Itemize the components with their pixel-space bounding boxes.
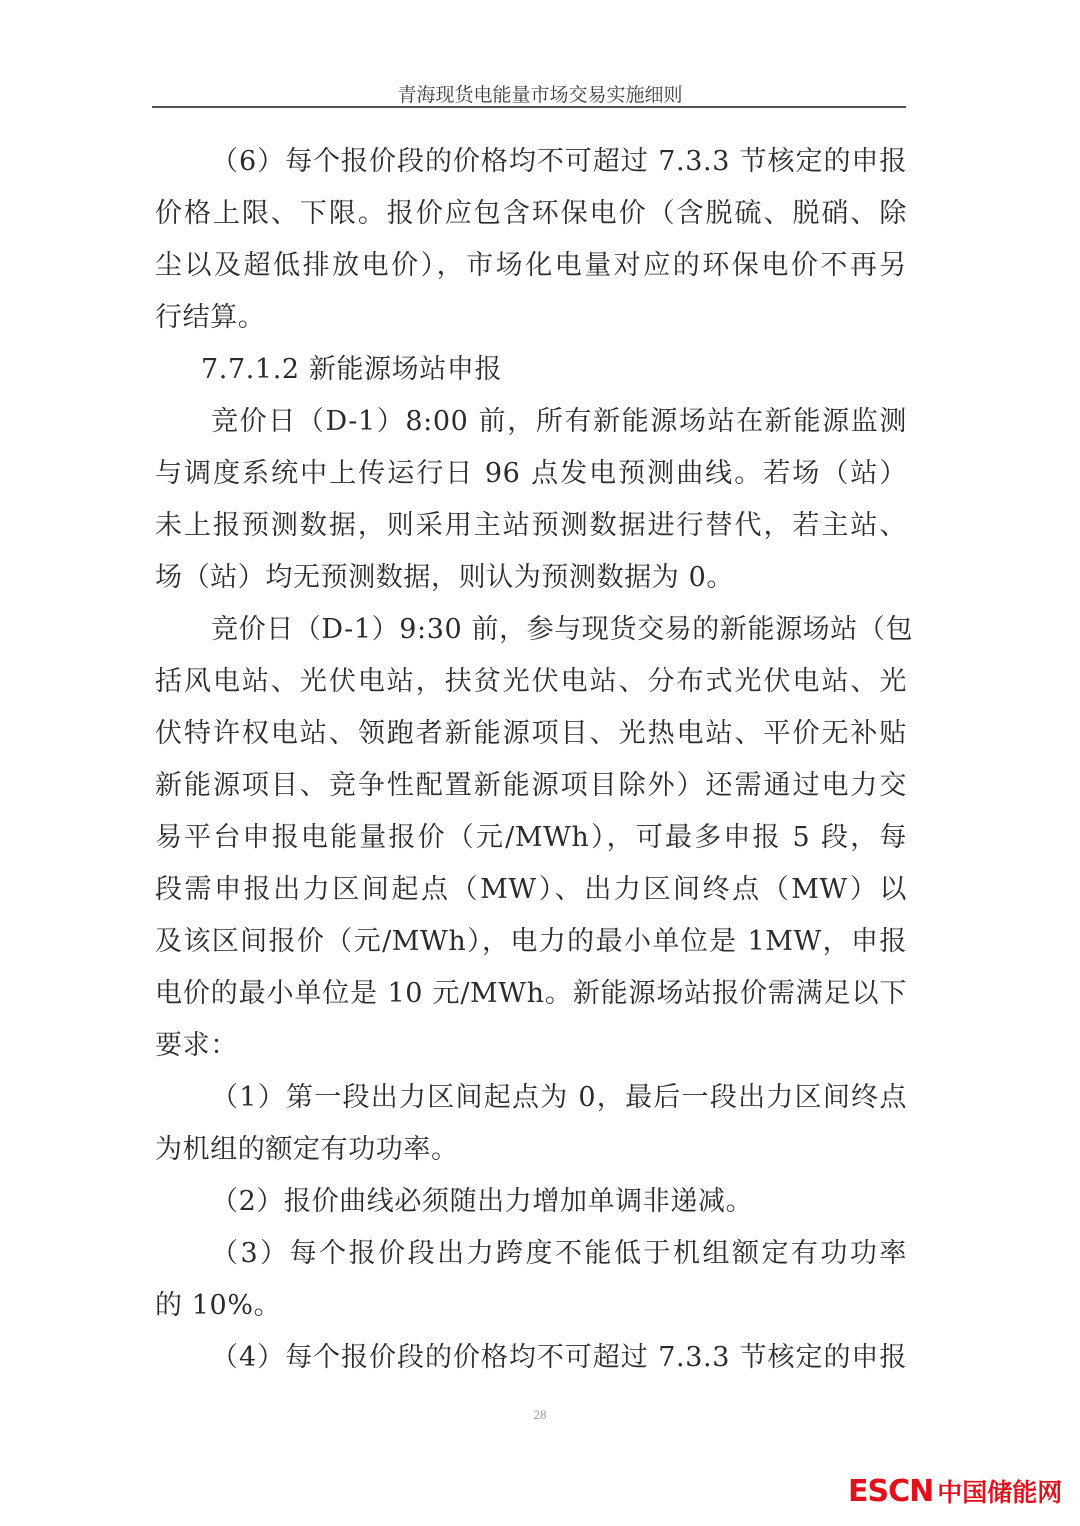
paragraph-line: 易平台申报电能量报价（元/MWh），可最多申报 5 段，每 [155,812,907,864]
list-item: （4）每个报价段的价格均不可超过 7.3.3 节核定的申报 [155,1332,907,1384]
header-divider [152,106,906,108]
paragraph-line: 伏特许权电站、领跑者新能源项目、光热电站、平价无补贴 [155,708,907,760]
watermark-cn: 中国储能网 [937,1473,1062,1509]
paragraph-line: 尘以及超低排放电价），市场化电量对应的环保电价不再另 [155,240,907,292]
paragraph-line: 未上报预测数据，则采用主站预测数据进行替代，若主站、 [155,500,907,552]
list-item: （1）第一段出力区间起点为 0，最后一段出力区间终点 [155,1072,907,1124]
paragraph-line: 竞价日（D-1）9:30 前，参与现货交易的新能源场站（包 [155,604,907,656]
list-item: （2）报价曲线必须随出力增加单调非递减。 [155,1176,907,1228]
paragraph-line: 新能源项目、竞争性配置新能源项目除外）还需通过电力交 [155,760,907,812]
list-item-continuation: 的 10%。 [155,1280,907,1332]
page-header-title: 青海现货电能量市场交易实施细则 [0,80,1080,107]
list-item-continuation: 为机组的额定有功功率。 [155,1124,907,1176]
paragraph-line: 场（站）均无预测数据，则认为预测数据为 0。 [155,552,907,604]
paragraph-line: （6）每个报价段的价格均不可超过 7.3.3 节核定的申报 [155,136,907,188]
paragraph-line: 要求： [155,1020,907,1072]
document-body: （6）每个报价段的价格均不可超过 7.3.3 节核定的申报 价格上限、下限。报价… [155,136,907,1384]
paragraph-line: 电价的最小单位是 10 元/MWh。新能源场站报价需满足以下 [155,968,907,1020]
escn-watermark-logo: ESCN 中国储能网 [848,1473,1062,1509]
page-number: 28 [0,1407,1080,1423]
paragraph-line: 括风电站、光伏电站，扶贫光伏电站、分布式光伏电站、光 [155,656,907,708]
paragraph-line: 行结算。 [155,292,907,344]
watermark-en: ESCN [848,1474,933,1509]
scan-artifact [512,1345,514,1347]
paragraph-line: 竞价日（D-1）8:00 前，所有新能源场站在新能源监测 [155,396,907,448]
paragraph-line: 段需申报出力区间起点（MW）、出力区间终点（MW）以 [155,864,907,916]
paragraph-line: 价格上限、下限。报价应包含环保电价（含脱硫、脱硝、除 [155,188,907,240]
list-item: （3）每个报价段出力跨度不能低于机组额定有功功率 [155,1228,907,1280]
section-heading: 7.7.1.2 新能源场站申报 [155,344,907,396]
paragraph-line: 与调度系统中上传运行日 96 点发电预测曲线。若场（站） [155,448,907,500]
paragraph-line: 及该区间报价（元/MWh），电力的最小单位是 1MW，申报 [155,916,907,968]
